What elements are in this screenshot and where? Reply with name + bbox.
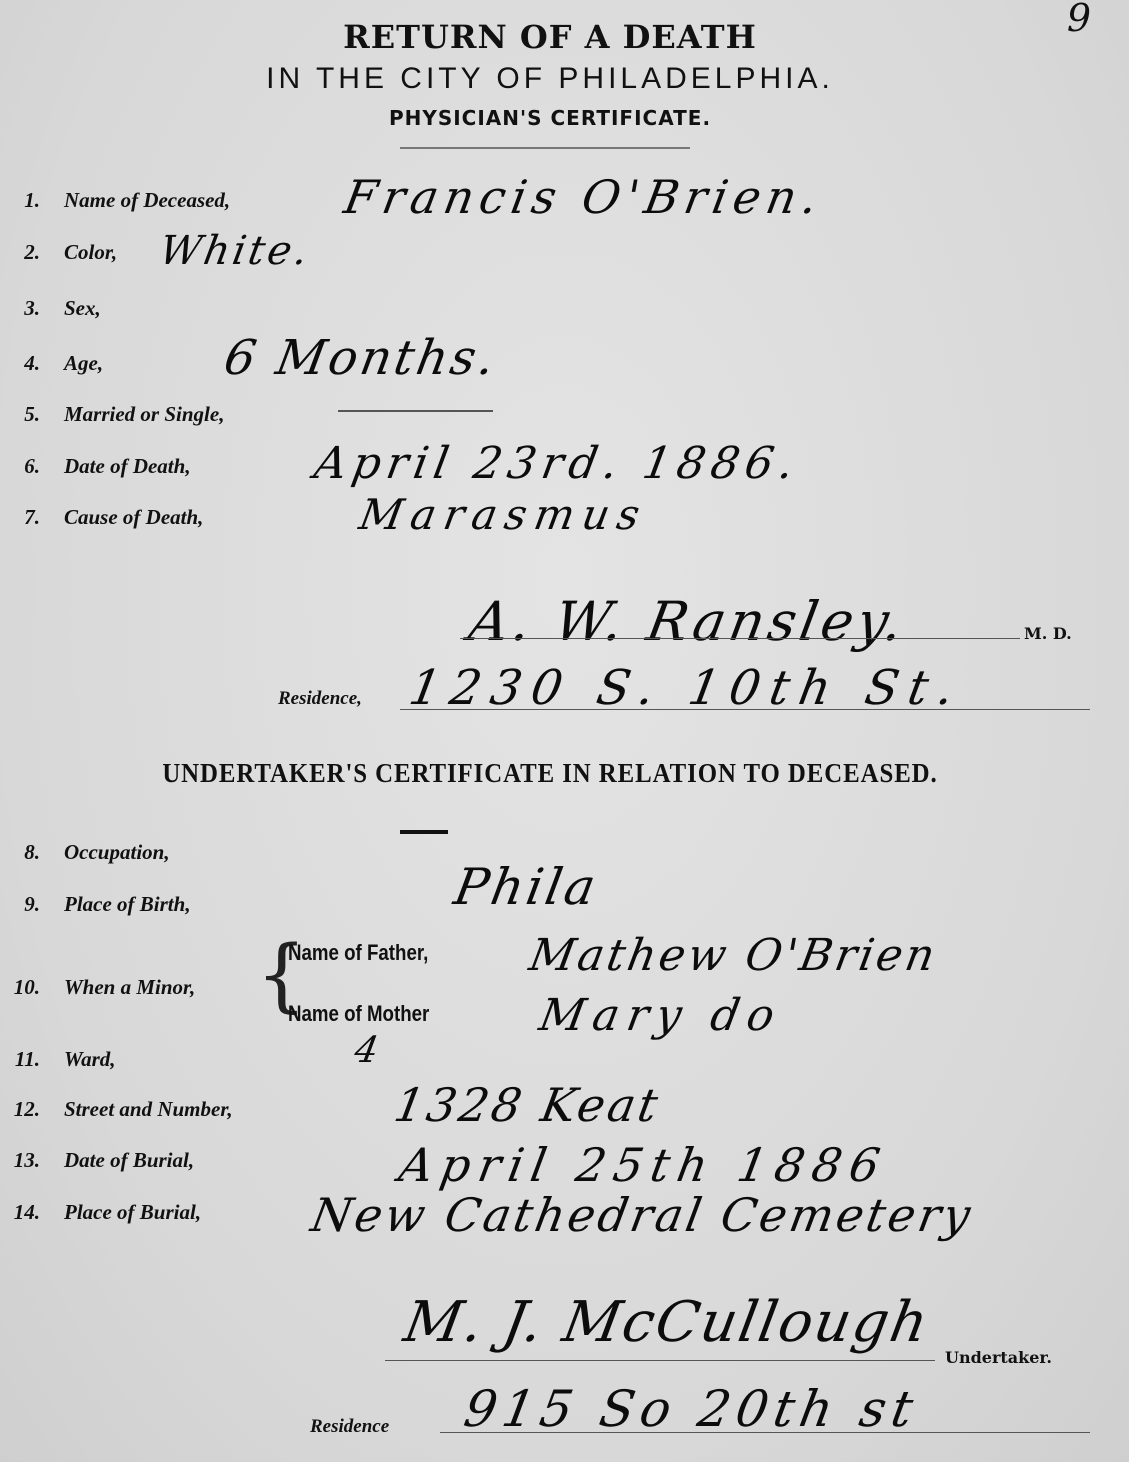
section-title-undertaker: UNDERTAKER'S CERTIFICATE IN RELATION TO … (44, 758, 1056, 789)
signature-line (460, 638, 1020, 639)
field-label: Date of Death, (64, 454, 191, 479)
father-label: Name of Father, (288, 940, 428, 966)
father-value: Mathew O'Brien (526, 930, 942, 981)
mother-value: Mary do (536, 990, 787, 1041)
field-value-color: White. (156, 228, 314, 274)
field-number: 3. (0, 296, 40, 321)
divider (400, 147, 690, 149)
field-value-ward: 4 (351, 1030, 384, 1071)
field-value-place-of-burial: New Cathedral Cemetery (307, 1188, 977, 1242)
physician-residence: 1230 S. 10th St. (405, 660, 968, 716)
residence-label: Residence, (278, 688, 362, 710)
field-number: 13. (0, 1148, 40, 1173)
field-number: 14. (0, 1200, 40, 1225)
field-number: 5. (0, 402, 40, 427)
mother-label: Name of Mother (288, 1001, 429, 1027)
field-number: 2. (0, 240, 40, 265)
physician-signature: A. W. Ransley. (464, 590, 911, 653)
residence-label: Residence (310, 1416, 389, 1438)
field-value-street: 1328 Keat (390, 1078, 664, 1132)
field-number: 11. (0, 1047, 40, 1072)
field-label: Married or Single, (64, 402, 224, 427)
field-label: Occupation, (64, 840, 170, 865)
field-number: 7. (0, 505, 40, 530)
field-number: 8. (0, 840, 40, 865)
field-number: 4. (0, 351, 40, 376)
field-label: Age, (64, 351, 103, 376)
field-label: Sex, (64, 296, 101, 321)
md-suffix: M. D. (1024, 624, 1072, 643)
undertaker-signature: M. J. McCullough (399, 1290, 934, 1355)
field-number: 10. (0, 975, 40, 1000)
field-label: Ward, (64, 1047, 116, 1072)
field-label: Date of Burial, (64, 1148, 194, 1173)
residence-line (440, 1432, 1090, 1433)
field-value-age: 6 Months. (220, 330, 502, 386)
field-value-cause-of-death: Marasmus (356, 490, 652, 539)
field-label: Color, (64, 240, 117, 265)
field-value-dash (400, 830, 448, 834)
field-value-date-of-burial: April 25th 1886 (395, 1138, 892, 1192)
signature-line (385, 1360, 935, 1361)
field-value-name: Francis O'Brien. (340, 170, 828, 224)
field-number: 9. (0, 892, 40, 917)
field-value-date-of-death: April 23rd. 1886. (311, 438, 804, 489)
field-label: Name of Deceased, (64, 188, 230, 213)
field-label: Place of Birth, (64, 892, 191, 917)
document-subtitle: IN THE CITY OF PHILADELPHIA. (0, 62, 1100, 96)
section-title-physician: PHYSICIAN'S CERTIFICATE. (0, 106, 1100, 130)
field-label: When a Minor, (64, 975, 195, 1000)
field-number: 6. (0, 454, 40, 479)
field-label: Place of Burial, (64, 1200, 201, 1225)
residence-line (400, 709, 1090, 710)
field-label: Cause of Death, (64, 505, 203, 530)
undertaker-residence: 915 So 20th st (460, 1380, 923, 1438)
undertaker-suffix: Undertaker. (945, 1348, 1052, 1367)
field-value-place-of-birth: Phila (450, 858, 603, 916)
field-label: Street and Number, (64, 1097, 233, 1122)
field-number: 12. (0, 1097, 40, 1122)
document-title: RETURN OF A DEATH (0, 18, 1100, 56)
field-number: 1. (0, 188, 40, 213)
field-value-dash (338, 410, 493, 412)
